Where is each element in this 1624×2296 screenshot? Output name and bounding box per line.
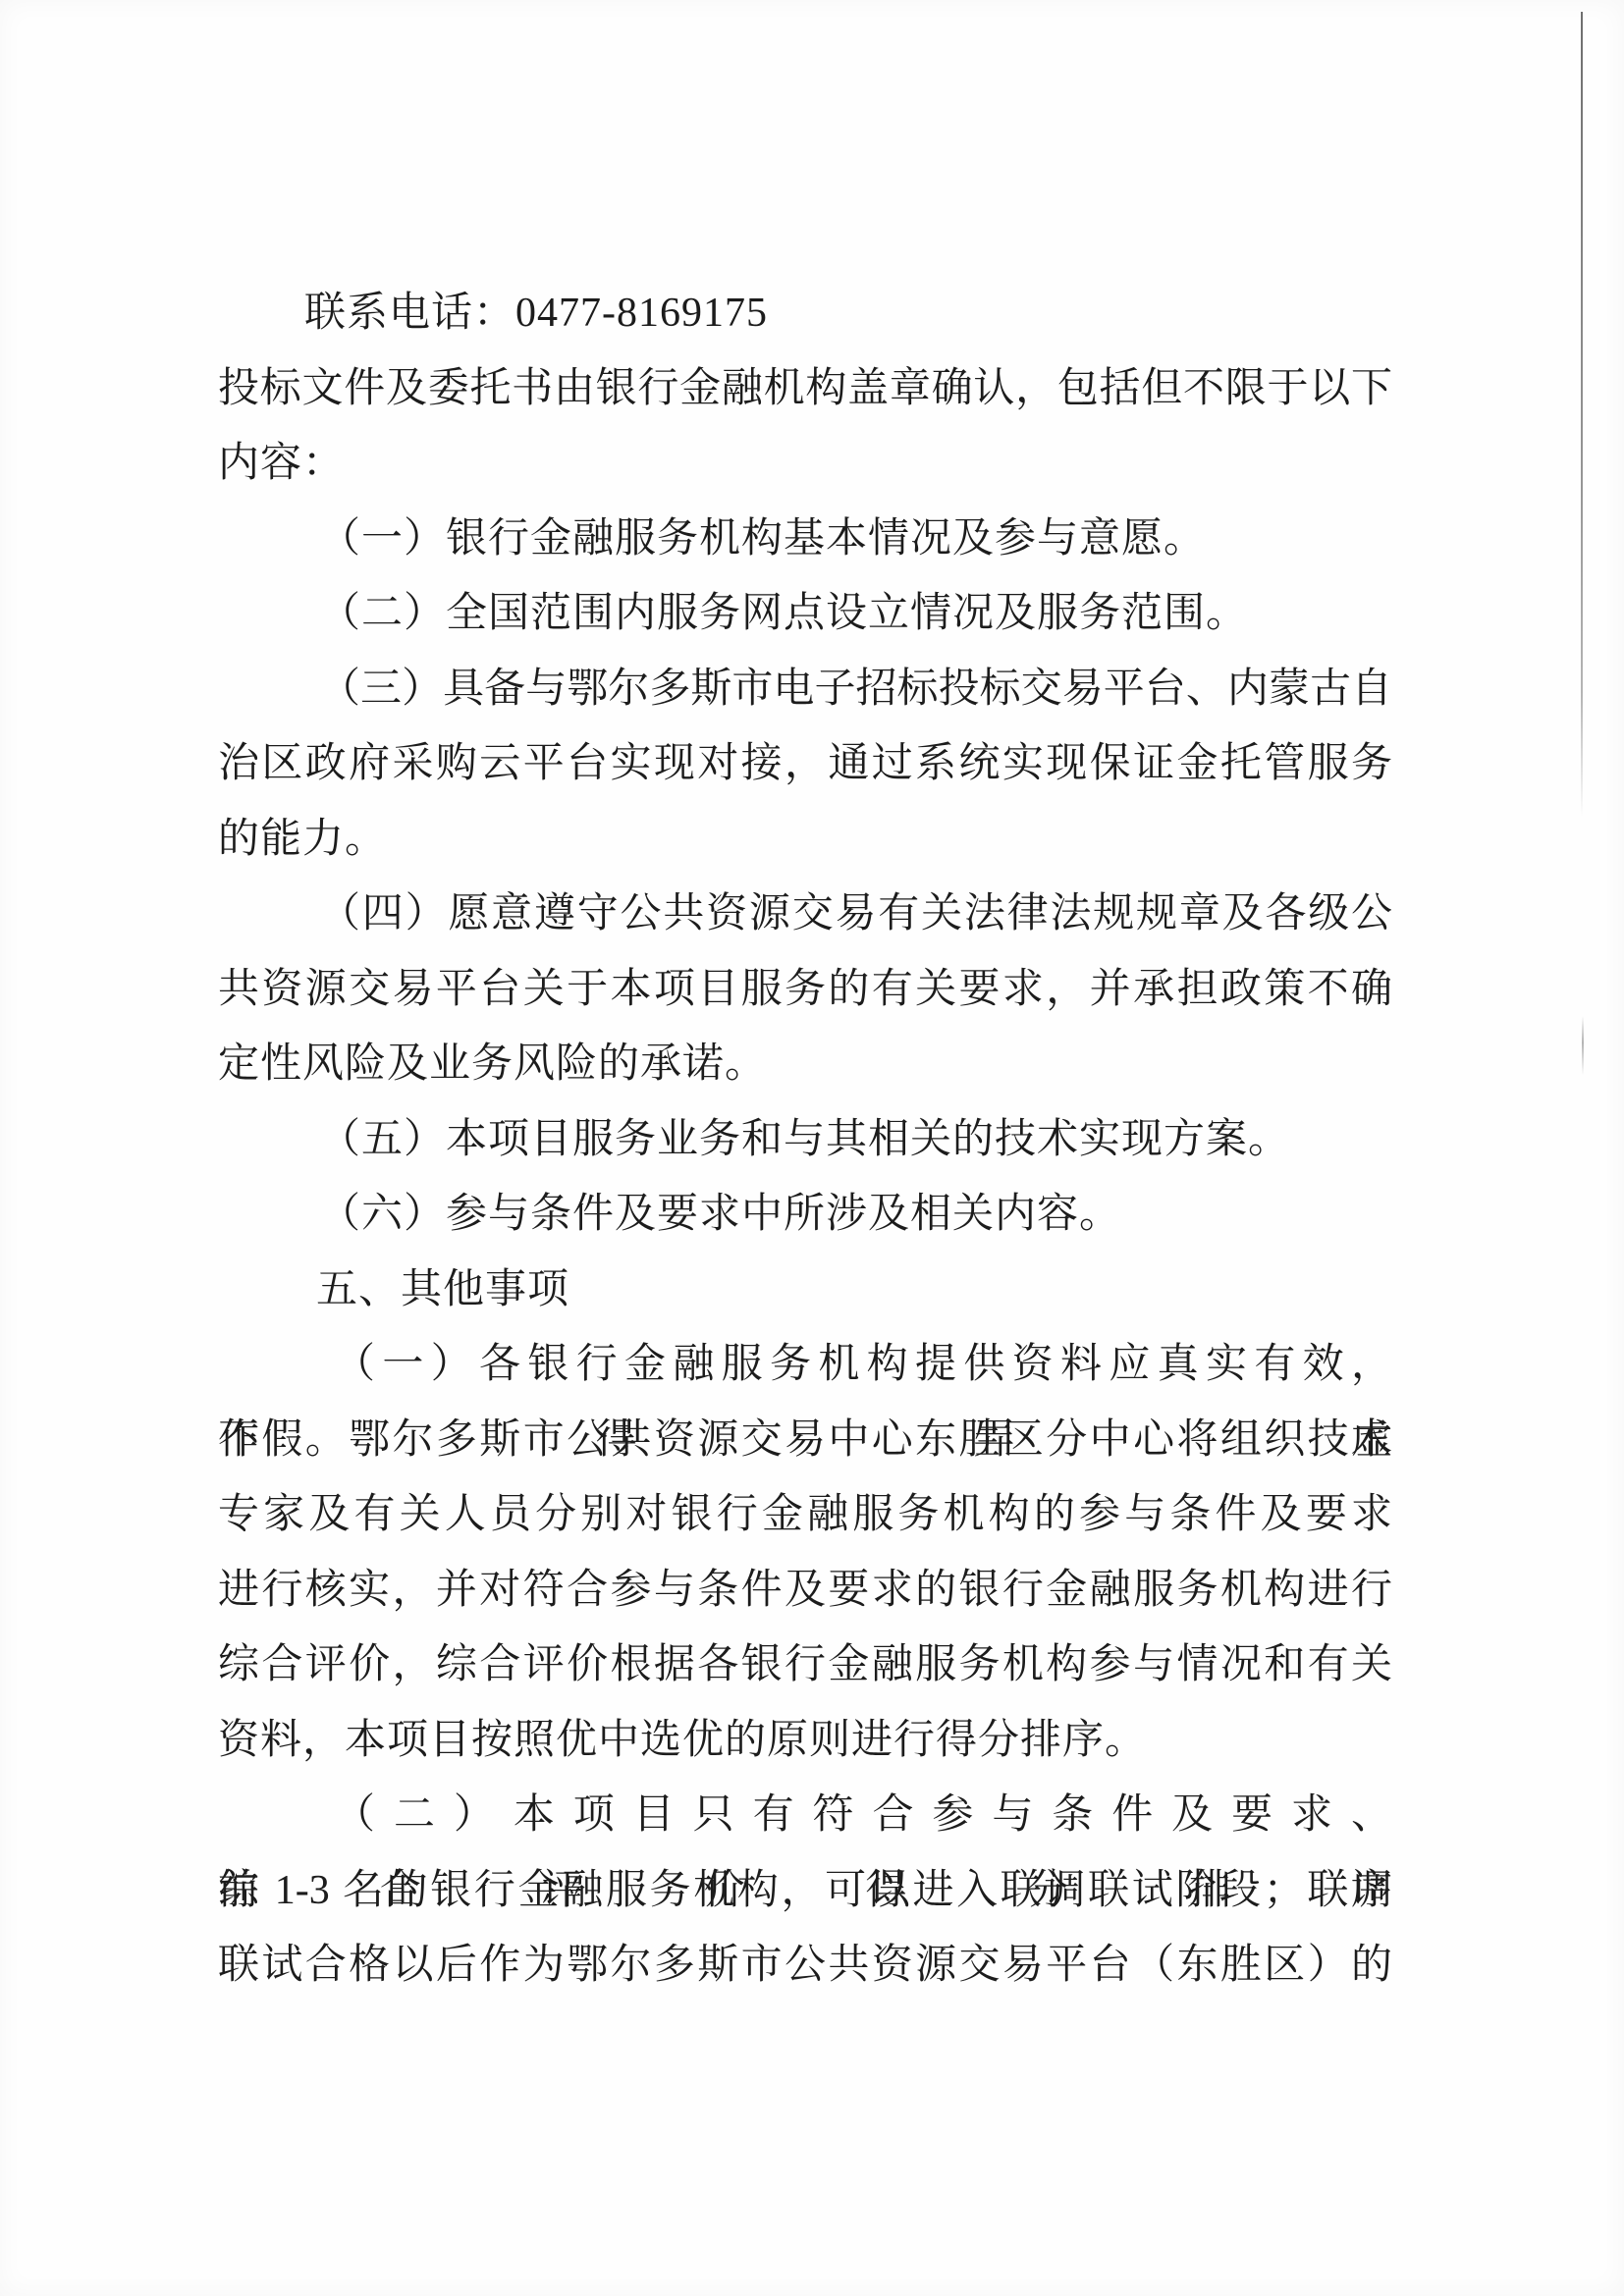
text-line: （五）本项目服务业务和与其相关的技术实现方案。 [218, 1102, 1392, 1178]
text-line: （一）各银行金融服务机构提供资料应真实有效，不得弄虚 [218, 1327, 1392, 1403]
text-line: （三）具备与鄂尔多斯市电子招标投标交易平台、内蒙古自 [218, 652, 1392, 727]
scanned-page: 联系电话：0477-8169175投标文件及委托书由银行金融机构盖章确认，包括但… [0, 0, 1624, 2296]
text-line: 投标文件及委托书由银行金融机构盖章确认，包括但不限于以下 [218, 351, 1392, 427]
text-line: 进行核实，并对符合参与条件及要求的银行金融服务机构进行 [218, 1553, 1392, 1629]
text-line: 专家及有关人员分别对银行金融服务机构的参与条件及要求 [218, 1477, 1392, 1553]
text-line: （四）愿意遵守公共资源交易有关法律法规规章及各级公 [218, 877, 1392, 952]
text-line: 前 1-3 名的银行金融服务机构，可以进入联调联试阶段；联调 [218, 1853, 1392, 1929]
text-line: 联试合格以后作为鄂尔多斯市公共资源交易平台（东胜区）的 [218, 1928, 1392, 2003]
text-line: 内容： [218, 426, 1392, 502]
document-text-block: 联系电话：0477-8169175投标文件及委托书由银行金融机构盖章确认，包括但… [218, 276, 1392, 2003]
text-line: （二）全国范围内服务网点设立情况及服务范围。 [218, 576, 1392, 652]
text-line: 联系电话：0477-8169175 [218, 276, 1392, 351]
scan-streak-artifact [1581, 12, 1583, 817]
text-line: 治区政府采购云平台实现对接，通过系统实现保证金托管服务 [218, 726, 1392, 802]
text-line: （一）银行金融服务机构基本情况及参与意愿。 [218, 502, 1392, 577]
text-line: 综合评价，综合评价根据各银行金融服务机构参与情况和有关 [218, 1628, 1392, 1703]
text-line: 共资源交易平台关于本项目服务的有关要求，并承担政策不确 [218, 952, 1392, 1028]
scan-streak-artifact-faint [1582, 1016, 1584, 1075]
text-line: （六）参与条件及要求中所涉及相关内容。 [218, 1177, 1392, 1253]
text-line: 定性风险及业务风险的承诺。 [218, 1027, 1392, 1102]
text-line: 资料，本项目按照优中选优的原则进行得分排序。 [218, 1703, 1392, 1779]
text-line: 的能力。 [218, 802, 1392, 878]
text-line: 作假。鄂尔多斯市公共资源交易中心东胜区分中心将组织技术 [218, 1403, 1392, 1478]
text-line: 五、其他事项 [218, 1253, 1392, 1328]
text-line: （二）本项目只有符合参与条件及要求、综合评价得分排序 [218, 1778, 1392, 1853]
